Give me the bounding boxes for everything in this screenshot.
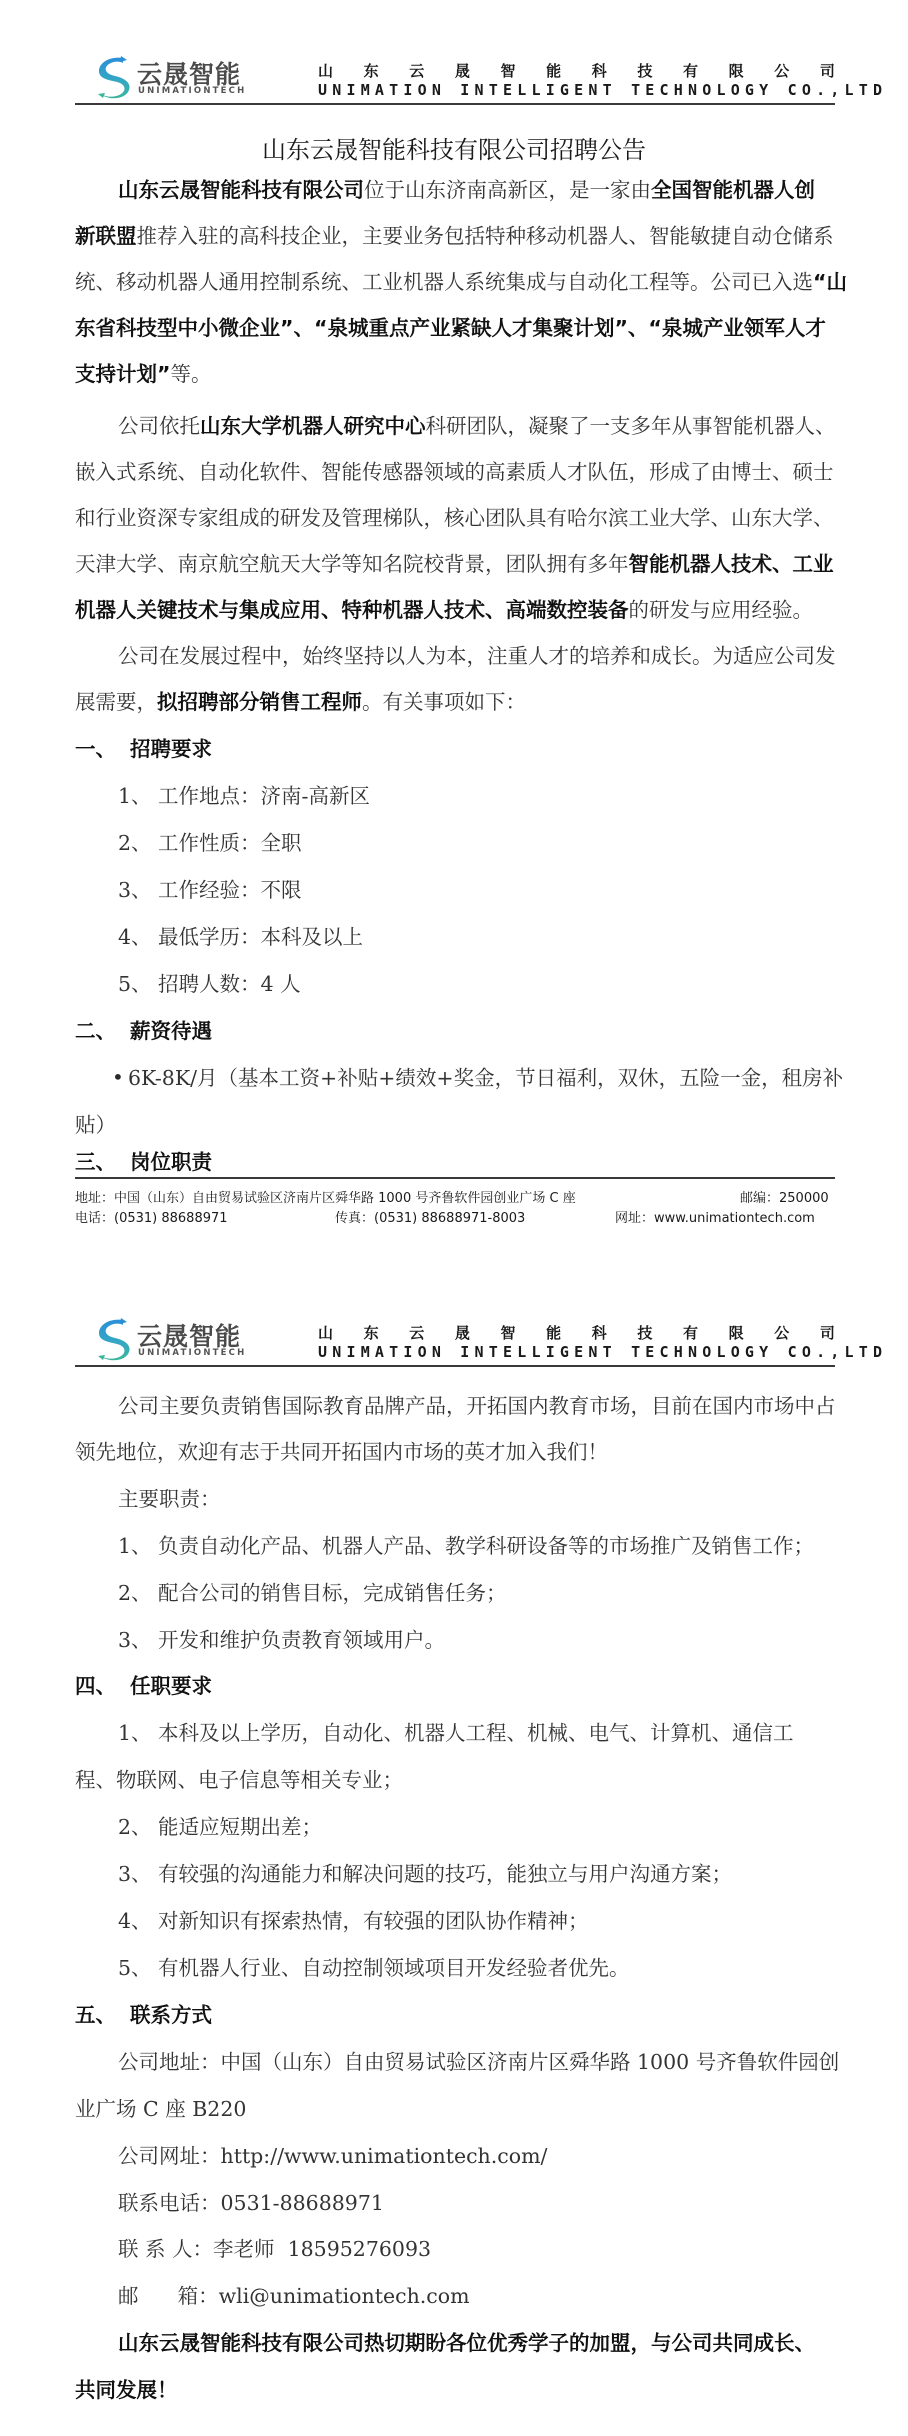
requirement-item: 4、 最低学历：本科及以上 (118, 923, 878, 951)
body-text: 推荐入驻的高科技企业，主要业务包括特种移动机器人、智能敏捷自动仓储系 (137, 224, 834, 248)
contact-address-continued: 业广场 C 座 B220 (75, 2095, 835, 2123)
intro-p1-line: 统、移动机器人通用控制系统、工业机器人系统集成与自动化工程等。公司已入选“山 (75, 268, 835, 296)
qualification-item: 2、 能适应短期出差； (118, 1813, 878, 1841)
section-heading-recruitment-requirements: 一、招聘要求 (75, 735, 835, 763)
emphasis-text: 山东大学机器人研究中心 (200, 414, 426, 438)
emphasis-text: 东省科技型中小微企业”、“泉城重点产业紧缺人才集聚计划”、“泉城产业领军人才 (75, 316, 826, 340)
letterhead-page-1: 云晟智能 UNIMATIONTECH 山东云晟智能科技有限公司 UNIMATIO… (75, 54, 835, 106)
company-name-en: UNIMATION INTELLIGENT TECHNOLOGY CO.,LTD (318, 81, 835, 99)
requirement-item: 5、 招聘人数：4 人 (118, 970, 878, 998)
duty-item: 2、 配合公司的销售目标，完成销售任务； (118, 1579, 878, 1607)
intro-p3-line: 公司在发展过程中，始终坚持以人为本，注重人才的培养和成长。为适应公司发 (118, 642, 878, 670)
duty-item: 1、 负责自动化产品、机器人产品、教学科研设备等的市场推广及销售工作； (118, 1532, 878, 1560)
company-name-cn: 山东云晟智能科技有限公司 (318, 1322, 835, 1343)
footer-divider (75, 1177, 835, 1179)
body-text: 科研团队，凝聚了一支多年从事智能机器人、 (426, 414, 836, 438)
body-text: 的研发与应用经验。 (629, 598, 814, 622)
closing-statement-continued: 共同发展！ (75, 2376, 835, 2404)
section-heading-qualifications: 四、任职要求 (75, 1672, 835, 1700)
salary-line: 6K-8K/月（基本工资+补贴+绩效+奖金，节日福利，双休，五险一金，租房补 (128, 1064, 888, 1092)
qualification-item: 1、 本科及以上学历，自动化、机器人工程、机械、电气、计算机、通信工 (118, 1719, 878, 1747)
footer-address: 地址：中国（山东）自由贸易试验区济南片区舜华路 1000 号齐鲁软件园创业广场 … (75, 1187, 576, 1206)
body-text: 嵌入式系统、自动化软件、智能传感器领域的高素质人才队伍，形成了由博士、硕士 (75, 460, 834, 484)
body-text: 等。 (170, 362, 211, 386)
emphasis-text: 支持计划” (75, 362, 170, 386)
qualification-item: 5、 有机器人行业、自动控制领域项目开发经验者优先。 (118, 1954, 878, 1982)
company-name-en: UNIMATION INTELLIGENT TECHNOLOGY CO.,LTD (318, 1343, 835, 1361)
contact-person: 联 系 人：李老师 18595276093 (118, 2235, 878, 2263)
section-heading-job-duties: 三、岗位职责 (75, 1148, 835, 1176)
emphasis-text: 山东云晟智能科技有限公司 (118, 178, 364, 202)
intro-p2-line: 嵌入式系统、自动化软件、智能传感器领域的高素质人才队伍，形成了由博士、硕士 (75, 458, 835, 486)
emphasis-text: 全国智能机器人创 (651, 178, 815, 202)
emphasis-text: 拟招聘部分销售工程师 (157, 690, 362, 714)
letterhead-page-2: 云晟智能 UNIMATIONTECH 山东云晟智能科技有限公司 UNIMATIO… (75, 1316, 835, 1368)
company-logo: 云晟智能 UNIMATIONTECH (93, 54, 258, 100)
logo-s-swirl-icon (93, 54, 133, 100)
qualification-item: 3、 有较强的沟通能力和解决问题的技巧，能独立与用户沟通方案； (118, 1860, 878, 1888)
contact-phone: 联系电话：0531-88688971 (118, 2189, 878, 2217)
footer-website[interactable]: 网址：www.unimationtech.com (615, 1207, 815, 1226)
closing-statement: 山东云晟智能科技有限公司热切期盼各位优秀学子的加盟，与公司共同成长、 (118, 2329, 878, 2357)
duty-item: 3、 开发和维护负责教育领域用户。 (118, 1626, 878, 1654)
duties-intro-line: 领先地位，欢迎有志于共同开拓国内市场的英才加入我们！ (75, 1438, 835, 1466)
body-text: 统、移动机器人通用控制系统、工业机器人系统集成与自动化工程等。公司已入选 (75, 270, 813, 294)
salary-line: 贴） (75, 1111, 835, 1139)
duties-label: 主要职责： (118, 1485, 878, 1513)
requirement-item: 1、 工作地点：济南-高新区 (118, 782, 878, 810)
intro-p1-line: 新联盟推荐入驻的高科技企业，主要业务包括特种移动机器人、智能敏捷自动仓储系 (75, 222, 835, 250)
logo-english-name: UNIMATIONTECH (138, 1348, 246, 1358)
footer-phone: 电话：(0531) 88688971 (75, 1207, 228, 1226)
section-heading-salary: 二、薪资待遇 (75, 1017, 835, 1045)
contact-email-link[interactable]: 邮 箱：wli@unimationtech.com (118, 2282, 878, 2310)
intro-p1-line: 东省科技型中小微企业”、“泉城重点产业紧缺人才集聚计划”、“泉城产业领军人才 (75, 314, 835, 342)
section-heading-contact: 五、联系方式 (75, 2001, 835, 2029)
emphasis-text: 智能机器人技术、工业 (629, 552, 834, 576)
contact-address: 公司地址：中国（山东）自由贸易试验区济南片区舜华路 1000 号齐鲁软件园创 (118, 2048, 878, 2076)
body-text: 。有关事项如下： (362, 690, 526, 714)
company-logo: 云晟智能 UNIMATIONTECH (93, 1316, 258, 1362)
header-divider (75, 1365, 835, 1367)
contact-website-link[interactable]: 公司网址：http://www.unimationtech.com/ (118, 2142, 878, 2170)
footer-postcode: 邮编：250000 (740, 1187, 829, 1206)
intro-p3-line: 展需要，拟招聘部分销售工程师。有关事项如下： (75, 688, 835, 716)
logo-s-swirl-icon (93, 1316, 133, 1362)
intro-p2-line: 公司依托山东大学机器人研究中心科研团队，凝聚了一支多年从事智能机器人、 (118, 412, 878, 440)
header-divider (75, 103, 835, 105)
body-text: 位于山东济南高新区，是一家由 (364, 178, 651, 202)
emphasis-text: 新联盟 (75, 224, 137, 248)
requirement-item: 3、 工作经验：不限 (118, 876, 878, 904)
intro-p2-line: 和行业资深专家组成的研发及管理梯队，核心团队具有哈尔滨工业大学、山东大学、 (75, 504, 835, 532)
company-name-cn: 山东云晟智能科技有限公司 (318, 60, 835, 81)
logo-english-name: UNIMATIONTECH (138, 86, 246, 96)
qualification-item: 4、 对新知识有探索热情，有较强的团队协作精神； (118, 1907, 878, 1935)
body-text: 天津大学、南京航空航天大学等知名院校背景，团队拥有多年 (75, 552, 629, 576)
page-title: 山东云晟智能科技有限公司招聘公告 (0, 130, 908, 165)
duties-intro-line: 公司主要负责销售国际教育品牌产品，开拓国内教育市场，目前在国内市场中占 (118, 1392, 878, 1420)
requirement-item: 2、 工作性质：全职 (118, 829, 878, 857)
intro-p1-line: 山东云晟智能科技有限公司位于山东济南高新区，是一家由全国智能机器人创 (118, 176, 878, 204)
intro-p2-line: 天津大学、南京航空航天大学等知名院校背景，团队拥有多年智能机器人技术、工业 (75, 550, 835, 578)
body-text: 和行业资深专家组成的研发及管理梯队，核心团队具有哈尔滨工业大学、山东大学、 (75, 506, 834, 530)
body-text: 公司依托 (118, 414, 200, 438)
body-text: 公司在发展过程中，始终坚持以人为本，注重人才的培养和成长。为适应公司发 (118, 644, 836, 668)
qualification-item-continued: 程、物联网、电子信息等相关专业； (75, 1766, 835, 1794)
intro-p1-line: 支持计划”等。 (75, 360, 835, 388)
body-text: 展需要， (75, 690, 157, 714)
emphasis-text: “山 (813, 270, 847, 294)
footer-fax: 传真：(0531) 88688971-8003 (335, 1207, 525, 1226)
emphasis-text: 机器人关键技术与集成应用、特种机器人技术、高端数控装备 (75, 598, 629, 622)
intro-p2-line: 机器人关键技术与集成应用、特种机器人技术、高端数控装备的研发与应用经验。 (75, 596, 835, 624)
bullet-dot-icon: • (112, 1065, 124, 1089)
